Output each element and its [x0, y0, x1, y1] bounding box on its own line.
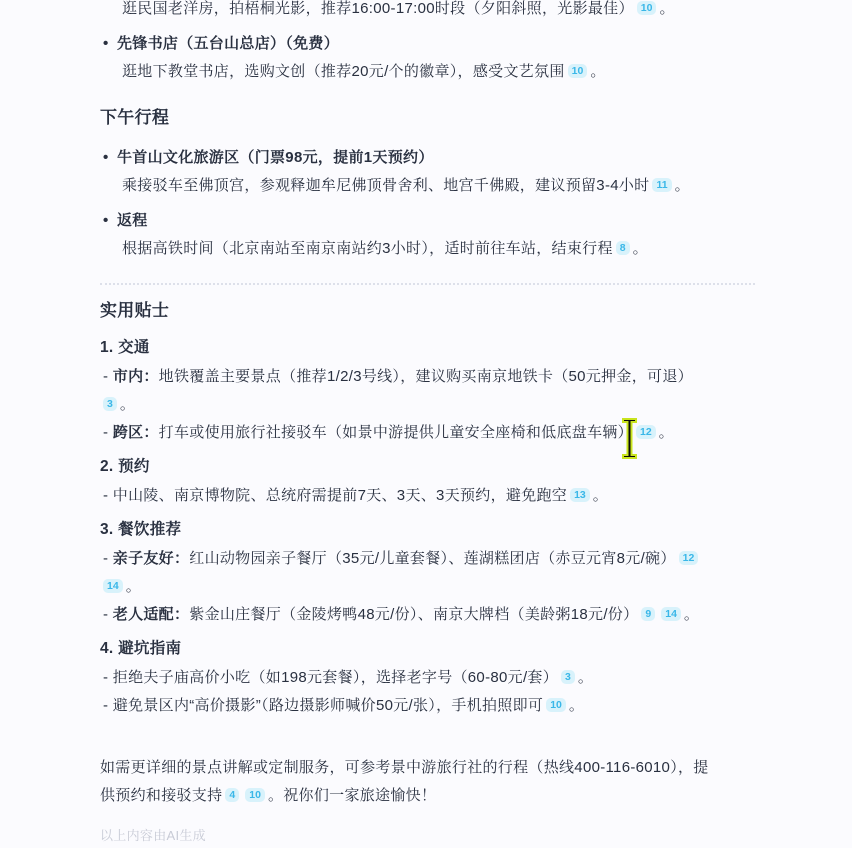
- citation-badge[interactable]: 9: [641, 607, 655, 621]
- text-run: 根据高铁时间（北京南站至南京南站约3小时），适时前往车站，结束行程: [122, 240, 613, 257]
- citation-badge[interactable]: 14: [661, 607, 681, 621]
- list-item-description: 逛地下教堂书店，选购文创（推荐20元/个的徽章），感受文艺氛围10。: [122, 58, 755, 86]
- citation-badge[interactable]: 10: [546, 698, 566, 712]
- tip-line: - 中山陵、南京博物院、总统府需提前7天、3天、3天预约，避免跑空13。: [100, 482, 755, 510]
- text-run: - 避免景区内“高价摄影”（路边摄影师喊价50元/张），手机拍照即可: [103, 697, 543, 714]
- text-run: 逛民国老洋房，拍梧桐光影，推荐16:00-17:00时段（夕阳斜照，光影最佳）: [122, 0, 634, 17]
- citation-badge[interactable]: 3: [561, 670, 575, 684]
- numbered-subheading: 2. 预约: [100, 455, 755, 479]
- citation-badge[interactable]: 12: [679, 551, 699, 565]
- citation-badge[interactable]: 10: [637, 1, 657, 15]
- tips-section-title: 实用贴士: [100, 298, 755, 324]
- text-run: 。: [590, 63, 605, 80]
- text-run: -: [103, 424, 113, 441]
- citation-badge[interactable]: 3: [103, 397, 117, 411]
- text-run: 供预约和接驳支持: [100, 787, 222, 804]
- tip-line: - 老人适配：紫金山庄餐厅（金陵烤鸭48元/份）、南京大牌档（美龄粥18元/份）…: [100, 601, 755, 629]
- tip-line: - 亲子友好：红山动物园亲子餐厅（35元/儿童套餐）、莲湖糕团店（赤豆元宵8元/…: [100, 545, 755, 601]
- citation-badge[interactable]: 10: [568, 64, 588, 78]
- text-run: 3. 餐饮推荐: [100, 521, 181, 538]
- text-run: 。: [633, 240, 648, 257]
- emphasis-text: 亲子友好：: [113, 550, 190, 567]
- numbered-subheading: 4. 避坑指南: [100, 637, 755, 661]
- text-run: 。: [659, 0, 674, 17]
- numbered-subheading: 3. 餐饮推荐: [100, 518, 755, 542]
- dotted-divider: [100, 283, 755, 285]
- section-heading: 下午行程: [100, 106, 755, 130]
- citation-badge[interactable]: 12: [636, 425, 656, 439]
- citation-badge[interactable]: 14: [103, 579, 123, 593]
- text-run: 1. 交通: [100, 339, 150, 356]
- text-run: 4. 避坑指南: [100, 640, 181, 657]
- text-run: -: [103, 550, 113, 567]
- numbered-subheading: 1. 交通: [100, 336, 755, 360]
- text-run: 红山动物园亲子餐厅（35元/儿童套餐）、莲湖糕团店（赤豆元宵8元/碗）: [189, 550, 675, 567]
- text-run: 逛地下教堂书店，选购文创（推荐20元/个的徽章），感受文艺氛围: [122, 63, 565, 80]
- tip-line: - 拒绝夫子庙高价小吃（如198元套餐），选择老字号（60-80元/套）3。: [100, 664, 755, 692]
- bullet-list-item: 牛首山文化旅游区（门票98元，提前1天预约）: [100, 144, 755, 172]
- text-run: 。: [126, 578, 141, 595]
- text-run: 打车或使用旅行社接驳车（如景中游提供儿童安全座椅和低底盘车辆）: [159, 424, 633, 441]
- emphasis-text: 牛首山文化旅游区: [117, 149, 239, 166]
- text-run: 。: [120, 396, 135, 413]
- document-body: 逛民国老洋房，拍梧桐光影，推荐16:00-17:00时段（夕阳斜照，光影最佳）1…: [100, 0, 755, 810]
- bullet-list-item: 先锋书店（五台山总店）（免费）: [100, 30, 755, 58]
- text-run: （免费）: [285, 35, 339, 52]
- list-item-description: 乘接驳车至佛顶宫，参观释迦牟尼佛顶骨舍利、地宫千佛殿，建议预留3-4小时11。: [122, 172, 755, 200]
- closing-paragraph: 如需更详细的景点讲解或定制服务，可参考景中游旅行社的行程（热线400-116-6…: [100, 754, 755, 810]
- ai-generated-note: 以上内容由AI生成: [100, 827, 755, 845]
- tip-line: - 跨区：打车或使用旅行社接驳车（如景中游提供儿童安全座椅和低底盘车辆）12。: [100, 419, 755, 447]
- list-item-description: 逛民国老洋房，拍梧桐光影，推荐16:00-17:00时段（夕阳斜照，光影最佳）1…: [122, 0, 755, 23]
- emphasis-text: 老人适配：: [113, 606, 190, 623]
- text-run: 。: [675, 177, 690, 194]
- citation-badge[interactable]: 11: [652, 178, 671, 192]
- text-run: 如需更详细的景点讲解或定制服务，可参考景中游旅行社的行程（热线400-116-6…: [100, 759, 709, 776]
- emphasis-text: 先锋书店（五台山总店）: [117, 35, 285, 52]
- itinerary-document: 逛民国老洋房，拍梧桐光影，推荐16:00-17:00时段（夕阳斜照，光影最佳）1…: [0, 0, 852, 848]
- list-item-description: 根据高铁时间（北京南站至南京南站约3小时），适时前往车站，结束行程8。: [122, 235, 755, 263]
- citation-badge[interactable]: 10: [245, 788, 265, 802]
- text-run: - 拒绝夫子庙高价小吃（如198元套餐），选择老字号（60-80元/套）: [103, 669, 558, 686]
- tip-line: - 市内：地铁覆盖主要景点（推荐1/2/3号线），建议购买南京地铁卡（50元押金…: [100, 363, 755, 419]
- citation-badge[interactable]: 8: [616, 241, 630, 255]
- citation-badge[interactable]: 13: [570, 488, 590, 502]
- text-run: 。: [684, 606, 699, 623]
- text-run: 2. 预约: [100, 458, 150, 475]
- text-run: 地铁覆盖主要景点（推荐1/2/3号线），建议购买南京地铁卡（50元押金，可退）: [159, 368, 693, 385]
- text-run: 。: [659, 424, 674, 441]
- text-run: 。: [578, 669, 593, 686]
- text-run: -: [103, 368, 113, 385]
- text-run: - 中山陵、南京博物院、总统府需提前7天、3天、3天预约，避免跑空: [103, 487, 567, 504]
- text-run: -: [103, 606, 113, 623]
- text-run: 实用贴士: [100, 301, 169, 320]
- emphasis-text: 市内：: [113, 368, 159, 385]
- text-run: 。: [593, 487, 608, 504]
- text-run: （门票98元，提前1天预约）: [239, 149, 433, 166]
- citation-badge[interactable]: 4: [225, 788, 239, 802]
- emphasis-text: 跨区：: [113, 424, 159, 441]
- text-run: 乘接驳车至佛顶宫，参观释迦牟尼佛顶骨舍利、地宫千佛殿，建议预留3-4小时: [122, 177, 649, 194]
- text-run: 。祝你们一家旅途愉快！: [268, 787, 436, 804]
- text-run: 紫金山庄餐厅（金陵烤鸭48元/份）、南京大牌档（美龄粥18元/份）: [189, 606, 638, 623]
- tip-line: - 避免景区内“高价摄影”（路边摄影师喊价50元/张），手机拍照即可10。: [100, 692, 755, 720]
- emphasis-text: 返程: [117, 212, 148, 229]
- text-run: 下午行程: [100, 108, 169, 127]
- text-run: 。: [569, 697, 584, 714]
- bullet-list-item: 返程: [100, 207, 755, 235]
